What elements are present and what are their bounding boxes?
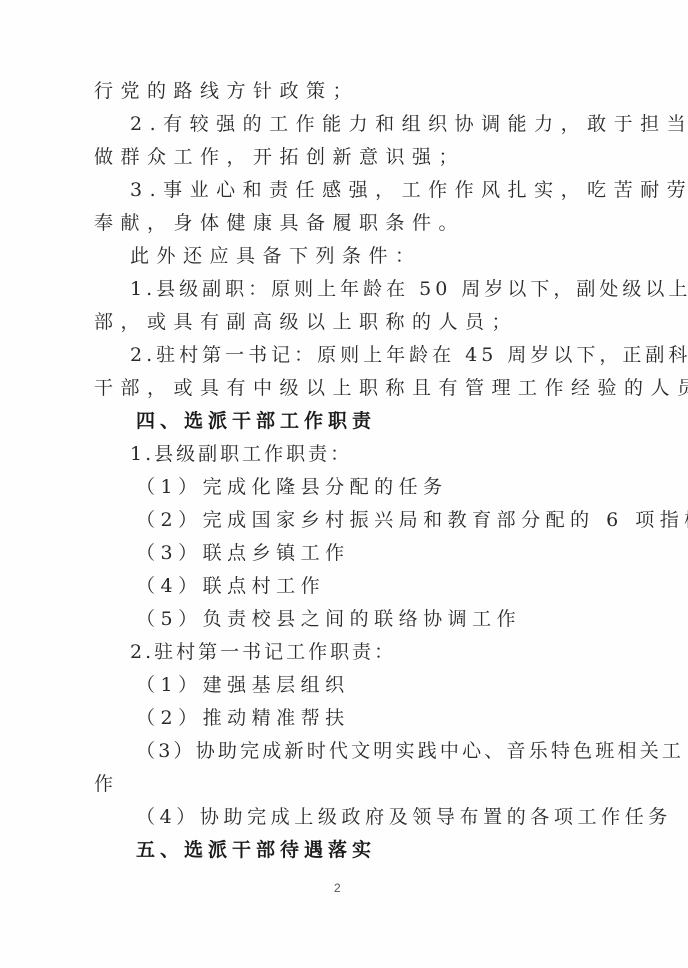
list-item: （3）协助完成新时代文明实践中心、音乐特色班相关工 bbox=[136, 739, 684, 763]
list-item: （2）推动精准帮扶 bbox=[136, 706, 350, 730]
list-item: （2）完成国家乡村振兴局和教育部分配的 6 项指标 bbox=[136, 508, 688, 532]
paragraph-line: 部，或具有副高级以上职称的人员； bbox=[94, 310, 518, 334]
page-number: 2 bbox=[334, 881, 341, 895]
list-item: （5）负责校县之间的联络协调工作 bbox=[136, 607, 521, 631]
list-item: （1）建强基层组织 bbox=[136, 673, 350, 697]
document-page: 行党的路线方针政策； 2.有较强的工作能力和组织协调能力，敢于担当，善于 做群众… bbox=[0, 0, 688, 968]
subsection-heading: 1.县级副职工作职责： bbox=[130, 442, 352, 466]
list-item-continuation: 作 bbox=[94, 772, 121, 796]
paragraph-line: 行党的路线方针政策； bbox=[94, 79, 359, 103]
paragraph-line: 此外还应具备下列条件： bbox=[130, 244, 422, 268]
paragraph-line: 2.有较强的工作能力和组织协调能力，敢于担当，善于 bbox=[130, 112, 688, 136]
paragraph-line: 干部，或具有中级以上职称且有管理工作经验的人员。 bbox=[94, 376, 688, 400]
list-item: （1）完成化隆县分配的任务 bbox=[136, 475, 448, 499]
paragraph-line: 奉献，身体健康具备履职条件。 bbox=[94, 211, 465, 235]
section-heading-5: 五、选派干部待遇落实 bbox=[136, 838, 376, 862]
paragraph-line: 1.县级副职：原则上年龄在 50 周岁以下，副处级以上干 bbox=[130, 277, 688, 301]
section-heading-4: 四、选派干部工作职责 bbox=[136, 409, 376, 433]
list-item: （4）联点村工作 bbox=[136, 574, 325, 598]
paragraph-line: 做群众工作，开拓创新意识强； bbox=[94, 145, 465, 169]
list-item: （3）联点乡镇工作 bbox=[136, 541, 350, 565]
subsection-heading: 2.驻村第一书记工作职责： bbox=[130, 640, 396, 664]
paragraph-line: 3.事业心和责任感强，工作作风扎实，吃苦耐劳，甘于 bbox=[130, 178, 688, 202]
paragraph-line: 2.驻村第一书记：原则上年龄在 45 周岁以下，正副科级 bbox=[130, 343, 688, 367]
list-item: （4）协助完成上级政府及领导布置的各项工作任务 bbox=[136, 805, 672, 829]
